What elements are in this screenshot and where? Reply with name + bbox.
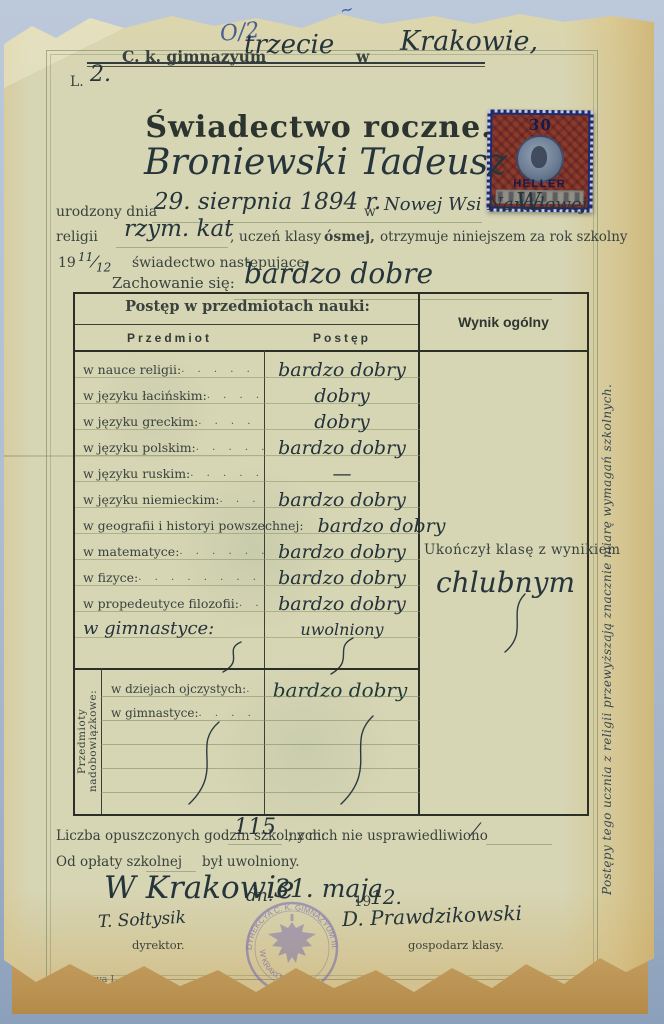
birth-date-handwritten: 29. sierpnia 1894 r. — [154, 189, 381, 215]
certificate-sheet: O/2 C. k. gimnazyum trzecie w Krakowie, … — [4, 10, 654, 1010]
table-row: w języku greckim:dobry — [75, 404, 420, 430]
unexcused-tick-handwritten: ⁄ — [474, 820, 477, 841]
birth-place-extra-handwritten: W. — [516, 188, 544, 216]
dot-leader — [246, 683, 260, 696]
subject-label: w języku polskim: — [75, 440, 196, 455]
header-school-number-handwritten: trzecie — [244, 30, 334, 60]
grade-handwritten: dobry — [264, 413, 420, 431]
year-numerator: 11 — [78, 250, 93, 264]
behavior-value-handwritten: bardzo dobre — [244, 257, 433, 290]
torn-edge-ink-mark: ~ — [338, 0, 355, 20]
subject-handwritten: w gimnastyce: — [75, 620, 214, 637]
grade-handwritten: bardzo dobry — [264, 439, 420, 457]
grade-handwritten: — — [264, 465, 420, 483]
table-row: w nauce religii:bardzo dobry — [75, 352, 420, 378]
fee-printed-right: był uwolniony. — [202, 854, 300, 870]
subject-label: w języku greckim: — [75, 414, 198, 429]
column-header-result: Wynik ogólny — [420, 314, 587, 330]
photo-backdrop: { "doc": { "pencil_note": "O/2", "header… — [0, 0, 664, 1024]
result-printed: Ukończył klasę z wynikiem — [424, 542, 587, 558]
receives-printed: otrzymuje niniejszem za rok szkolny — [380, 229, 628, 245]
table-row: w języku niemieckim:bardzo dobry — [75, 482, 420, 508]
class-teacher-role-printed: gospodarz klasy. — [408, 938, 504, 952]
ref-label: L. — [70, 74, 84, 90]
column-header-subject: Przedmiot — [75, 331, 264, 345]
dot-leader — [198, 415, 264, 429]
unexcused-printed: ; z nich nie usprawiedliwiono — [288, 828, 488, 844]
table-row: w języku polskim:bardzo dobry — [75, 430, 420, 456]
director-role-printed: dyrektor. — [132, 938, 185, 952]
religion-blank-line — [116, 247, 228, 248]
subject-label: w języku łacińskim: — [75, 388, 207, 403]
stamp-value: 30 — [492, 115, 588, 134]
dot-leader — [138, 571, 264, 585]
birth-printed-w: w — [364, 204, 376, 220]
table-row: w języku łacińskim:dobry — [75, 378, 420, 404]
header-underline — [87, 62, 485, 64]
year-fraction-handwritten: 11⁄12 — [78, 250, 111, 275]
dot-leader — [207, 389, 264, 403]
subject-label: w geografii i historyi powszechnej: — [75, 518, 304, 533]
subject-label: w języku ruskim: — [75, 466, 190, 481]
empty-cell-flourish — [495, 592, 531, 654]
grade-handwritten: bardzo dobry — [264, 361, 420, 379]
table-row-gymnastics: w gimnastyce:uwolniony — [75, 612, 420, 638]
table-header-progress: Postęp w przedmiotach nauki: — [75, 298, 420, 315]
pupil-printed: , uczeń klasy — [230, 229, 321, 245]
grade-handwritten: bardzo dobry — [264, 595, 420, 613]
year-denominator: 12 — [96, 261, 111, 275]
religion-value-handwritten: rzym. kat — [124, 216, 233, 242]
student-name-handwritten: Broniewski Tadeusz — [144, 142, 494, 183]
year-printed-19: 19 — [58, 255, 76, 271]
table-row: w matematyce:bardzo dobry — [75, 534, 420, 560]
table-header-rule — [75, 324, 420, 325]
grade-handwritten: bardzo dobry — [264, 569, 420, 587]
empty-cell-flourish — [327, 712, 381, 808]
table-row: w języku ruskim:— — [75, 456, 420, 482]
absences-printed: Liczba opuszczonych godzin szkolnych: — [56, 828, 326, 844]
subject-label: w propedeutyce filozofii: — [75, 596, 239, 611]
dot-leader — [196, 441, 264, 455]
empty-cell-flourish — [323, 636, 359, 676]
certificate-title: Świadectwo roczne. — [134, 110, 504, 145]
seal-crown-mark — [291, 914, 294, 921]
dot-leader — [181, 363, 264, 377]
dot-leader — [239, 597, 264, 611]
optional-row: w dziejach ojczystych:bardzo dobry — [101, 672, 420, 696]
table-row: w fizyce:bardzo dobry — [75, 560, 420, 586]
margin-note-vertical-handwritten: Postępy tego ucznia z religii przewyższa… — [600, 250, 624, 895]
optional-rule — [101, 696, 420, 697]
grade-handwritten: bardzo dobry — [264, 543, 420, 561]
result-value-handwritten: chlubnym — [424, 566, 587, 599]
class-name-bold: ósmej, — [324, 229, 375, 245]
emperor-portrait-icon — [516, 135, 565, 184]
table-row: w propedeutyce filozofii:bardzo dobry — [75, 586, 420, 612]
dot-leader — [179, 545, 264, 559]
dot-leader — [220, 493, 264, 507]
absences-blank-line — [228, 844, 282, 845]
religion-printed: religii — [56, 229, 98, 245]
empty-cell-flourish — [175, 718, 229, 808]
subject-label: w nauce religii: — [75, 362, 181, 377]
fee-printed-left: Od opłaty szkolnej — [56, 854, 182, 870]
grade-handwritten: dobry — [264, 387, 420, 405]
birth-place-handwritten: Nowej Wsi Narodowej — [384, 194, 587, 215]
grade-handwritten: bardzo dobry — [304, 517, 460, 535]
subject-label: w dziejach ojczystych: — [101, 682, 246, 696]
optional-subjects-vertical-label: Przedmioty nadobowiązkowe: — [77, 674, 99, 808]
dot-leader — [190, 467, 264, 481]
header-city-handwritten: Krakowie, — [400, 26, 538, 57]
grades-table: Postęp w przedmiotach nauki: Przedmiot P… — [73, 292, 589, 816]
double-eagle-icon — [268, 922, 316, 963]
unexcused-blank-line — [486, 844, 552, 845]
subject-label: w języku niemieckim: — [75, 492, 220, 507]
subject-label: w fizyce: — [75, 570, 138, 585]
grade-handwritten: bardzo dobry — [264, 491, 420, 509]
ref-number-handwritten: 2. — [90, 62, 111, 87]
behavior-label: Zachowanie się: — [112, 274, 235, 292]
subject-label: w matematyce: — [75, 544, 179, 559]
table-row: w geografii i historyi powszechnej:bardz… — [75, 508, 420, 534]
column-header-grade: Postęp — [264, 331, 420, 345]
absences-value-handwritten: 115 — [234, 815, 276, 840]
optional-section-divider — [75, 668, 420, 670]
